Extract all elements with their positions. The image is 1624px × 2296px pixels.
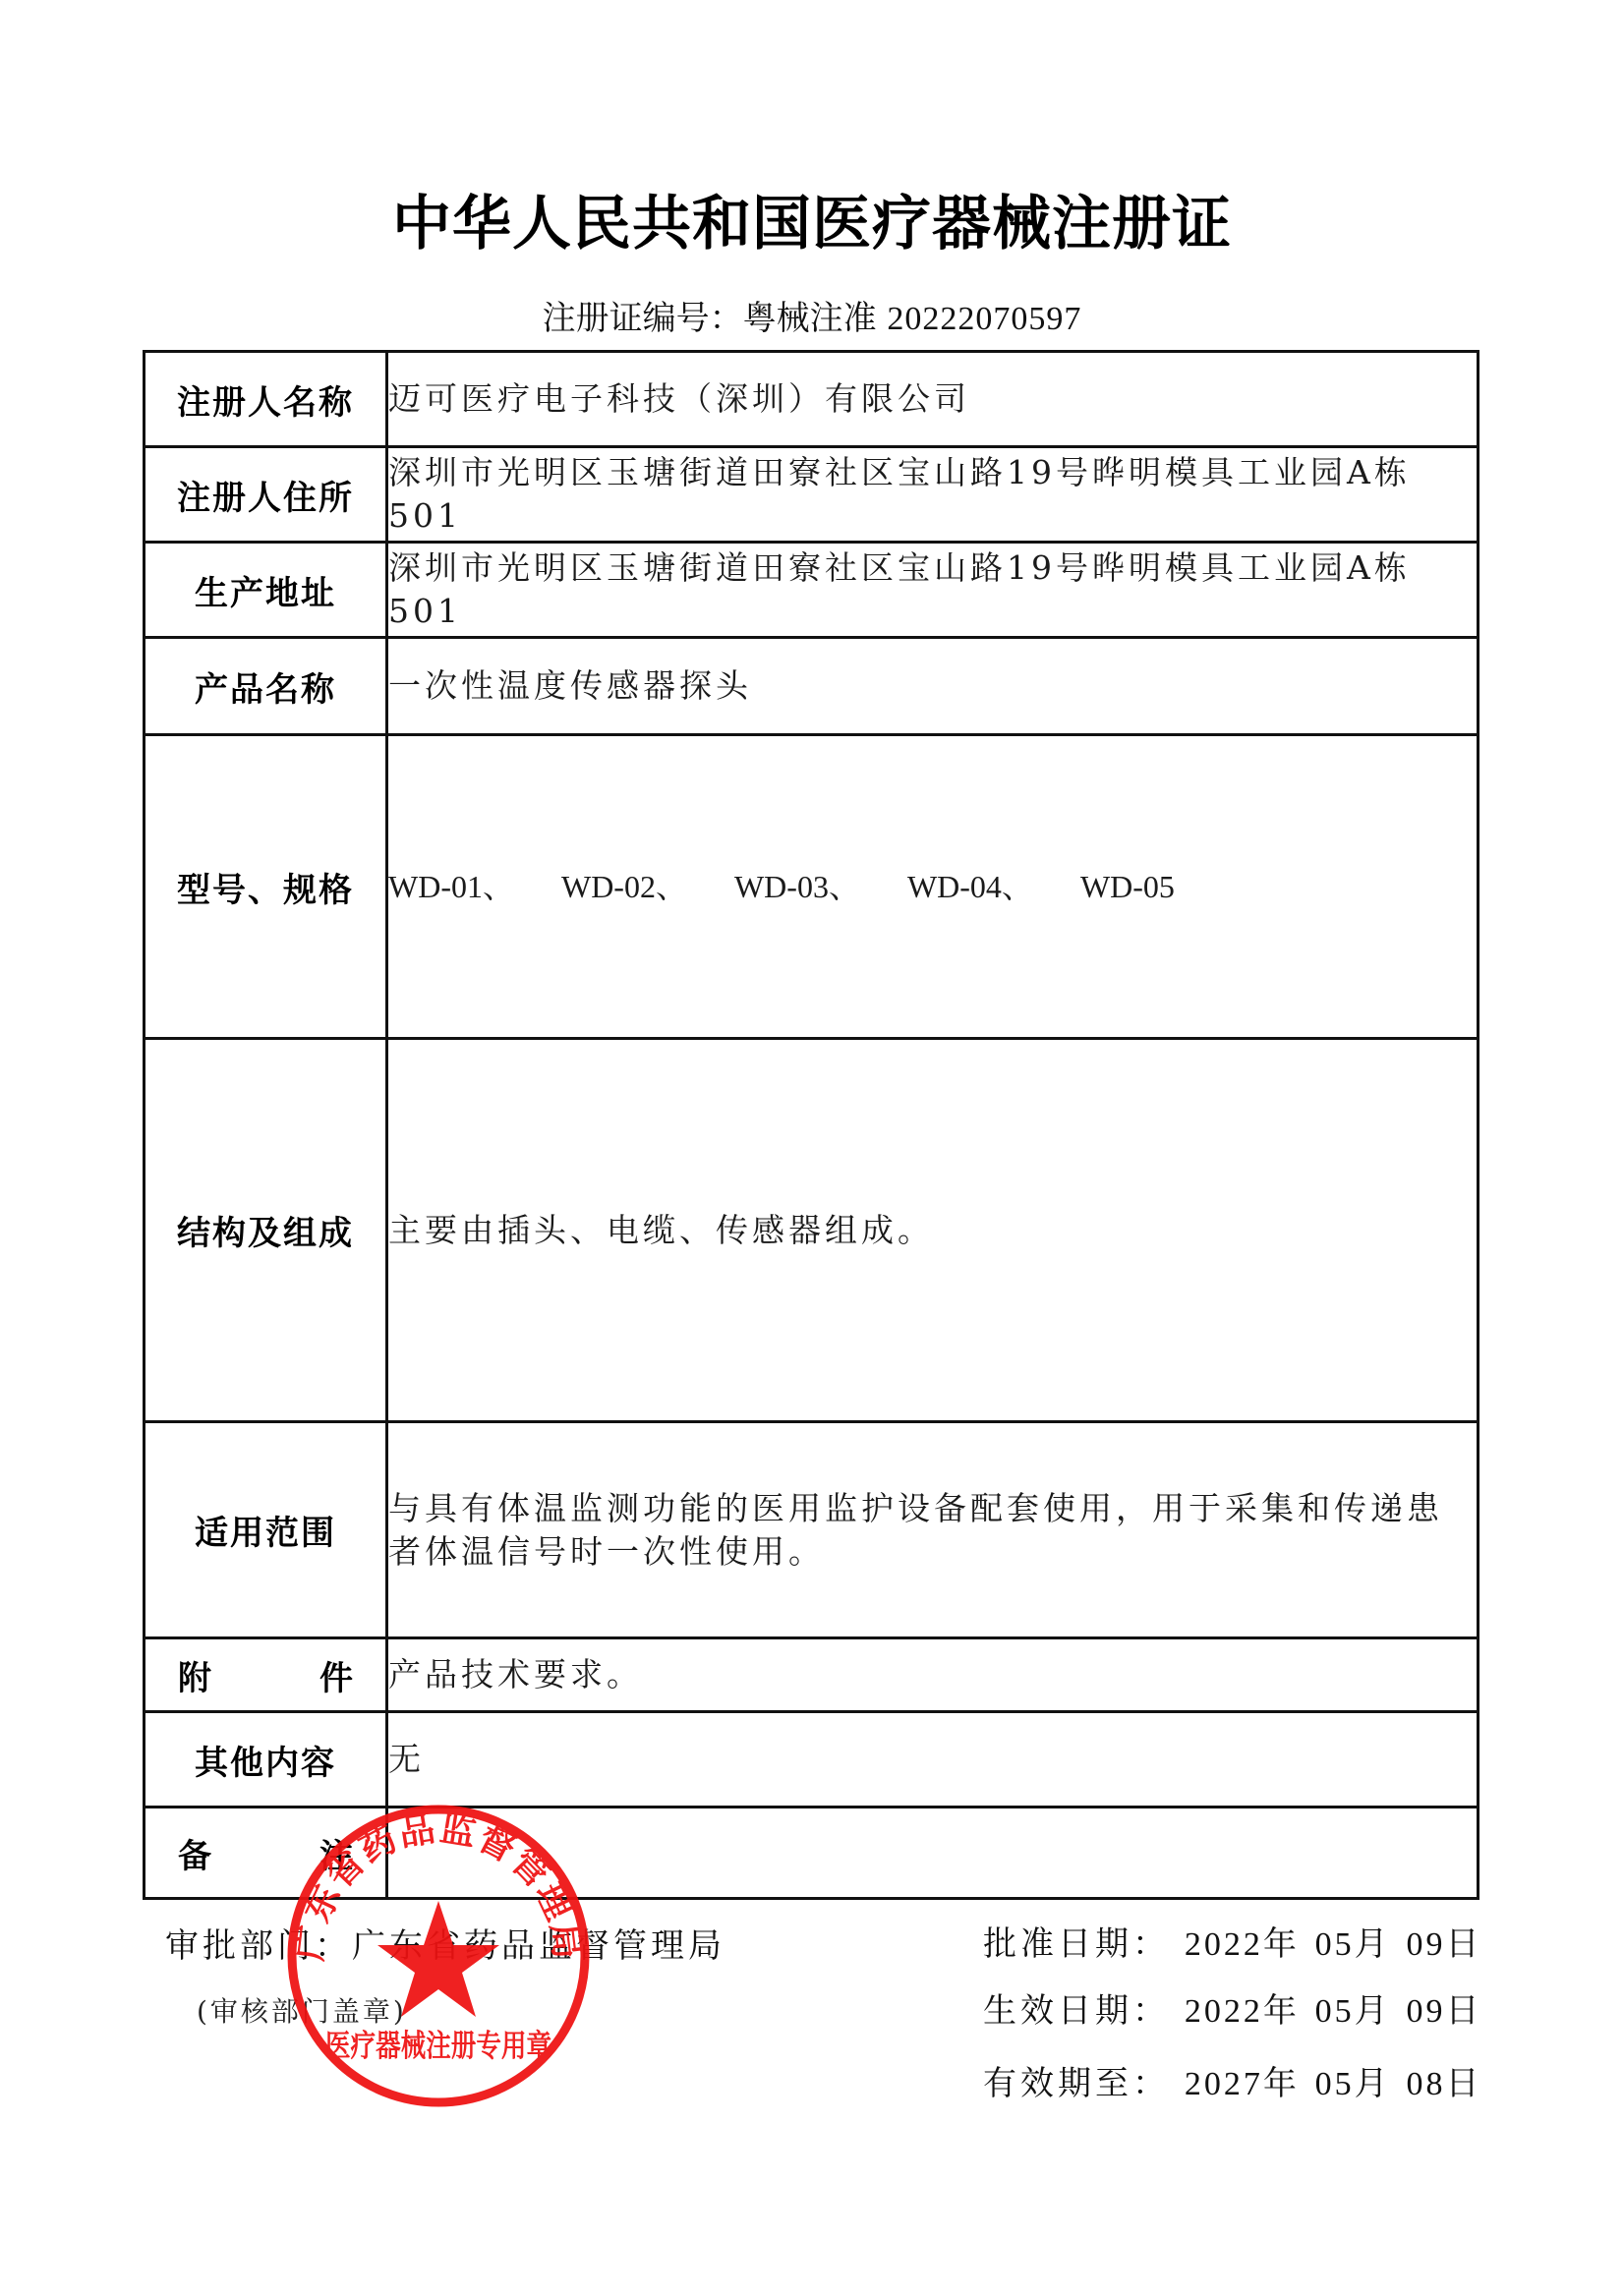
registration-number-value: 20222070597	[887, 301, 1081, 337]
value-other: 无	[387, 1712, 1479, 1808]
value-product-name: 一次性温度传感器探头	[387, 638, 1479, 735]
approval-department: 审批部门：广东省药品监督管理局	[165, 1919, 725, 1967]
model-item: WD-02、	[561, 865, 687, 908]
value-production-address: 深圳市光明区玉塘街道田寮社区宝山路19号晔明模具工业园A栋501	[387, 543, 1479, 638]
row-remarks: 备注	[145, 1808, 1479, 1899]
label-production-address: 生产地址	[145, 543, 387, 638]
label-attachment-a: 附	[178, 1659, 211, 1698]
row-registrant-name: 注册人名称 迈可医疗电子科技（深圳）有限公司	[145, 352, 1479, 447]
value-registrant-address: 深圳市光明区玉塘街道田寮社区宝山路19号晔明模具工业园A栋501	[387, 447, 1479, 543]
label-registrant-name: 注册人名称	[145, 352, 387, 447]
model-item: WD-04、	[907, 865, 1033, 908]
effective-date-year: 2022	[1185, 1993, 1263, 2030]
seal-note: (审核部门盖章)	[197, 1990, 407, 2030]
registration-number-prefix: 粤械注准	[743, 299, 877, 338]
effective-date-month: 05	[1315, 1993, 1355, 2030]
approval-date: 批准日期： 2022年 05月 09日	[983, 1917, 1482, 1983]
label-remarks-a: 备	[178, 1837, 211, 1876]
unit-day: 日	[1445, 1924, 1482, 1964]
value-remarks	[387, 1808, 1479, 1899]
certificate-table: 注册人名称 迈可医疗电子科技（深圳）有限公司 注册人住所 深圳市光明区玉塘街道田…	[143, 350, 1479, 1900]
dates-block: 批准日期： 2022年 05月 09日 生效日期： 2022年 05月 09日 …	[983, 1917, 1482, 2123]
unit-year: 年	[1263, 2064, 1301, 2103]
label-scope: 适用范围	[145, 1422, 387, 1638]
unit-year: 年	[1263, 1991, 1301, 2031]
label-remarks: 备注	[145, 1808, 387, 1899]
label-registrant-address: 注册人住所	[145, 447, 387, 543]
row-models: 型号、规格 WD-01、 WD-02、 WD-03、 WD-04、 WD-05	[145, 735, 1479, 1039]
unit-month: 月	[1355, 1924, 1392, 1964]
label-models: 型号、规格	[145, 735, 387, 1039]
label-structure: 结构及组成	[145, 1039, 387, 1422]
seal-bottom-text: 医疗器械注册专用章	[325, 2029, 551, 2064]
row-registrant-address: 注册人住所 深圳市光明区玉塘街道田寮社区宝山路19号晔明模具工业园A栋501	[145, 447, 1479, 543]
label-attachment-b: 件	[319, 1659, 353, 1698]
expiry-date-day: 08	[1406, 2066, 1445, 2102]
unit-month: 月	[1355, 1991, 1392, 2031]
unit-day: 日	[1445, 2064, 1482, 2103]
model-item: WD-01、	[388, 865, 514, 908]
value-models: WD-01、 WD-02、 WD-03、 WD-04、 WD-05	[387, 735, 1479, 1039]
expiry-date-year: 2027	[1185, 2066, 1263, 2102]
value-attachment: 产品技术要求。	[387, 1638, 1479, 1712]
model-item: WD-05	[1080, 865, 1175, 908]
model-item: WD-03、	[734, 865, 860, 908]
effective-date-label: 生效日期：	[983, 1991, 1170, 2031]
row-scope: 适用范围 与具有体温监测功能的医用监护设备配套使用，用于采集和传递患者体温信号时…	[145, 1422, 1479, 1638]
value-registrant-name: 迈可医疗电子科技（深圳）有限公司	[387, 352, 1479, 447]
approval-date-label: 批准日期：	[983, 1924, 1170, 1964]
effective-date-day: 09	[1406, 1993, 1445, 2030]
registration-number-label: 注册证编号：	[543, 299, 743, 338]
expiry-date: 有效期至： 2027年 05月 08日	[983, 2056, 1482, 2123]
label-product-name: 产品名称	[145, 638, 387, 735]
label-other: 其他内容	[145, 1712, 387, 1808]
label-remarks-b: 注	[319, 1837, 353, 1876]
effective-date: 生效日期： 2022年 05月 09日	[983, 1983, 1482, 2050]
row-structure: 结构及组成 主要由插头、电缆、传感器组成。	[145, 1039, 1479, 1422]
approval-date-year: 2022	[1185, 1926, 1263, 1963]
label-attachment: 附件	[145, 1638, 387, 1712]
expiry-date-label: 有效期至：	[983, 2064, 1170, 2103]
unit-month: 月	[1355, 2064, 1392, 2103]
value-structure: 主要由插头、电缆、传感器组成。	[387, 1039, 1479, 1422]
approval-date-month: 05	[1315, 1926, 1355, 1963]
certificate-title: 中华人民共和国医疗器械注册证	[0, 177, 1624, 261]
row-other: 其他内容 无	[145, 1712, 1479, 1808]
unit-day: 日	[1445, 1991, 1482, 2031]
registration-number: 注册证编号：粤械注准 20222070597	[0, 291, 1624, 339]
row-attachment: 附件 产品技术要求。	[145, 1638, 1479, 1712]
expiry-date-month: 05	[1315, 2066, 1355, 2102]
approval-date-day: 09	[1406, 1926, 1445, 1963]
unit-year: 年	[1263, 1924, 1301, 1964]
row-product-name: 产品名称 一次性温度传感器探头	[145, 638, 1479, 735]
row-production-address: 生产地址 深圳市光明区玉塘街道田寮社区宝山路19号晔明模具工业园A栋501	[145, 543, 1479, 638]
value-scope: 与具有体温监测功能的医用监护设备配套使用，用于采集和传递患者体温信号时一次性使用…	[387, 1422, 1479, 1638]
